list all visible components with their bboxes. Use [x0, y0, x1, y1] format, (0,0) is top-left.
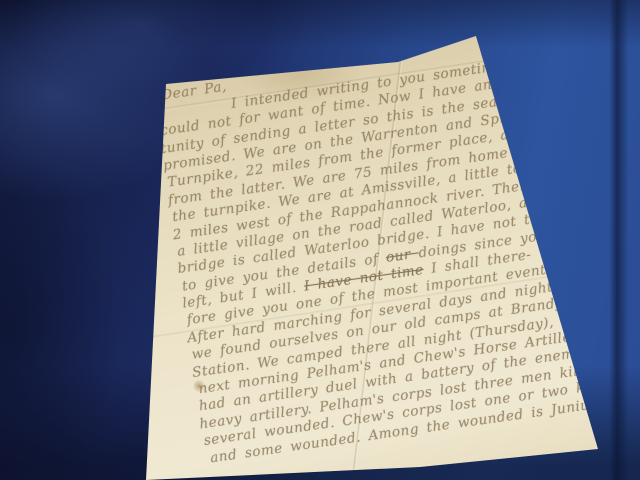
photograph-of-letter: Amissville Va Aug 21stDear Pa,I intended… — [0, 0, 640, 480]
